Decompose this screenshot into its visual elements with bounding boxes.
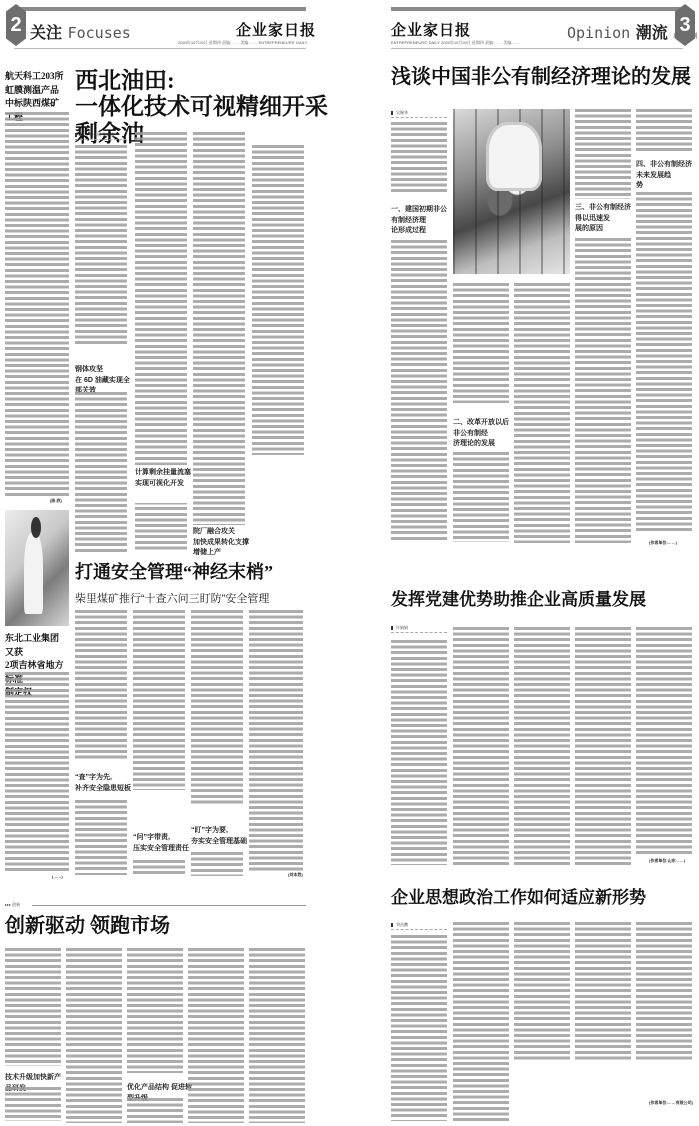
sidebar-bottom-body bbox=[5, 672, 69, 872]
safety-body-col-2 bbox=[133, 610, 185, 790]
middle-credit: (作者单位:山东……) bbox=[649, 858, 685, 864]
bottom-kicker-rule bbox=[32, 905, 306, 906]
main-subhead-2: 计算剩余挂量流塞 实现可视化开发 bbox=[135, 468, 191, 489]
bottom-headline: 创新驱动 领跑市场 bbox=[5, 915, 170, 938]
bottom-body-col-2 bbox=[453, 922, 509, 1121]
safety-subheadline: 柴里煤矿推行“十查六问三盯防”安全管理 bbox=[75, 590, 269, 606]
safety-body-col-4 bbox=[249, 610, 303, 872]
top-body-col-1a bbox=[391, 122, 447, 192]
bottom-body-col-4 bbox=[188, 948, 244, 1123]
top-body-col-5b bbox=[636, 192, 692, 532]
bottom-body-col-5 bbox=[249, 948, 305, 1123]
bottom-credit: (作者单位:……有限公司) bbox=[649, 1100, 693, 1106]
bottom-body-col-4 bbox=[575, 922, 631, 1062]
masthead-logo: 企业家日报 bbox=[236, 19, 316, 40]
bottom-kicker: ▸▸▸ 创新 bbox=[5, 902, 20, 908]
main-body-col-3 bbox=[193, 132, 245, 552]
top-body-col-4a bbox=[575, 109, 631, 199]
bottom-byline: 刘昌鹏 bbox=[391, 922, 447, 930]
page-number-badge: 2 bbox=[6, 4, 26, 46]
safety-body-col-2b bbox=[133, 860, 185, 876]
main-body-col-4 bbox=[252, 145, 304, 455]
top-body-col-4b bbox=[575, 238, 631, 543]
safety-body-col-1 bbox=[75, 610, 127, 760]
main-byline: 吴凡 杨勇刚 张耀锋 bbox=[75, 132, 127, 140]
header-divider bbox=[391, 48, 683, 49]
section-name-cn: 潮流 bbox=[636, 23, 668, 42]
top-subhead-2: 二、改革开放以后非公有制经 济理论的发展 bbox=[453, 418, 513, 450]
safety-body-col-1b bbox=[75, 800, 127, 875]
top-body-col-5a bbox=[636, 109, 692, 154]
middle-body-col-2 bbox=[453, 627, 509, 865]
bottom-body-col-3 bbox=[127, 948, 183, 1073]
sidebar-top-credit: (陈 欣) bbox=[50, 498, 62, 504]
worker-photo bbox=[5, 510, 69, 626]
page-2-focuses: 2 关注 Focuses 企业家日报 2020年10月20日 星期四 责编:……… bbox=[0, 0, 349, 1126]
middle-body-col-1 bbox=[391, 640, 447, 865]
middle-headline: 发挥党建优势助推企业高质量发展 bbox=[391, 590, 646, 610]
page-number-badge: 3 bbox=[675, 4, 695, 46]
dateline: 2020年10月20日 星期四 责编:…… 美编:…… ENTREPRENEUR… bbox=[178, 40, 307, 46]
safety-body-col-3b bbox=[191, 852, 243, 876]
section-name-en: Focuses bbox=[68, 24, 131, 42]
section-title: 关注 Focuses bbox=[30, 20, 131, 43]
top-body-col-2b bbox=[453, 452, 509, 542]
masthead-logo: 企业家日报 bbox=[391, 19, 471, 40]
top-credit: (作者单位:……) bbox=[649, 540, 677, 546]
section-name-cn: 关注 bbox=[30, 23, 62, 42]
safety-subhead-2: “问”字带责, 压实安全管理责任 bbox=[133, 833, 189, 854]
middle-byline: 许娟娟 bbox=[391, 625, 447, 633]
top-byline: 吴婉华 bbox=[391, 110, 447, 118]
header-rule bbox=[14, 7, 306, 11]
main-subhead-3: 院厂融合攻关 加快成果转化支撑增储上产 bbox=[193, 527, 255, 559]
top-body-col-2 bbox=[453, 283, 509, 403]
bottom-body-col-3b bbox=[127, 1098, 183, 1123]
top-body-col-1b bbox=[391, 240, 447, 540]
header-divider bbox=[14, 48, 306, 49]
top-headline: 浅谈中国非公有制经济理论的发展 bbox=[391, 66, 691, 89]
safety-headline: 打通安全管理“神经末梢” bbox=[75, 562, 273, 583]
top-subhead-1: 一、建国初期非公有制经济理 论形成过程 bbox=[391, 205, 451, 237]
bottom-body-col-5 bbox=[636, 922, 692, 1062]
section-name-en: Opinion bbox=[567, 24, 630, 42]
sidebar-bottom-credit: (……) bbox=[52, 874, 63, 879]
safety-credit: (刘本然) bbox=[288, 872, 303, 878]
main-body-col-1b bbox=[75, 392, 127, 552]
safety-body-col-3 bbox=[191, 610, 243, 805]
bottom-headline: 企业思想政治工作如何适应新形势 bbox=[391, 888, 646, 908]
bottom-body-col-1 bbox=[391, 935, 447, 1121]
factory-photo bbox=[453, 109, 570, 274]
middle-body-col-4 bbox=[575, 627, 631, 865]
main-body-col-1 bbox=[75, 145, 127, 345]
safety-subhead-3: “盯”字为要, 夯实安全管理基础 bbox=[191, 826, 247, 847]
top-subhead-4: 四、非公有制经济未来发展趋 势 bbox=[636, 160, 694, 192]
bottom-body-col-3 bbox=[514, 922, 570, 1062]
page-3-opinion: 企业家日报 ENTREPRENEURS' DAILY 2020年10月20日 星… bbox=[349, 0, 699, 1126]
header-rule bbox=[391, 7, 683, 11]
bottom-body-col-2 bbox=[66, 948, 122, 1123]
bottom-body-col-1b bbox=[5, 1087, 61, 1121]
bottom-body-col-1 bbox=[5, 948, 61, 1066]
top-body-col-3 bbox=[514, 283, 570, 543]
dateline: ENTREPRENEURS' DAILY 2020年10月20日 星期四 责编:… bbox=[391, 40, 520, 46]
sidebar-top-body bbox=[5, 112, 69, 497]
middle-body-col-3 bbox=[514, 627, 570, 865]
middle-body-col-5 bbox=[636, 627, 692, 855]
top-subhead-3: 三、非公有制经济得以迅速发 展的原因 bbox=[575, 203, 635, 235]
safety-subhead-1: “查”字为先, 补齐安全隐患短板 bbox=[75, 773, 131, 794]
